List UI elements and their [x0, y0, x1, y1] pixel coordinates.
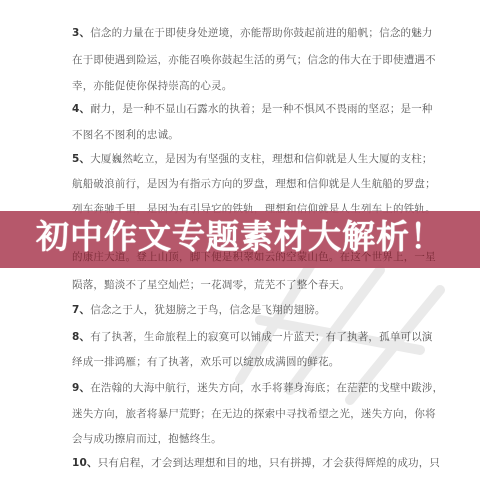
line-text: 在于即使遇到险运，亦能召唤你鼓起生活的勇气；信念的伟大在于即使遭遇不	[72, 54, 436, 66]
line-text: 幸，亦能促使你保持崇高的心灵。	[72, 80, 233, 92]
line-text: 耐力，是一种不显山石露水的执着；是一种不惧风不畏雨的坚忍；是一种	[90, 103, 432, 115]
line-text: 会与成功擦肩而过，抱憾终生。	[72, 433, 222, 445]
item-number: 9、	[72, 382, 90, 394]
paragraph-line: 8、有了执著，生命旅程上的寂寞可以铺成一片蓝天；有了执著，孤单可以演	[72, 329, 433, 344]
paragraph-line: 航船破浪前行，是因为有指示方向的罗盘，理想和信仰就是人生航船的罗盘；	[72, 176, 436, 191]
paragraph-line: 会与成功擦肩而过，抱憾终生。	[72, 431, 222, 446]
item-number: 7、	[72, 304, 90, 316]
line-text: 有了执著，生命旅程上的寂寞可以铺成一片蓝天；有了执著，孤单可以演	[90, 331, 432, 343]
line-text: 陨落，黯淡不了星空灿烂；一花凋零，荒芜不了整个春天。	[72, 279, 350, 291]
paragraph-line: 绎成一排鸿雁；有了执著，欢乐可以绽放成满圆的鲜花。	[72, 354, 340, 369]
line-text: 信念之于人，犹翅膀之于鸟，信念是飞翔的翅膀。	[90, 304, 325, 316]
banner-title: 初中作文专题素材大解析！	[36, 211, 444, 258]
line-text: 大厦巍然屹立，是因为有坚强的支柱，理想和信仰就是人生大厦的支柱；	[90, 153, 432, 165]
item-number: 5、	[72, 153, 90, 165]
paragraph-line: 4、耐力，是一种不显山石露水的执着；是一种不惧风不畏雨的坚忍；是一种	[72, 101, 433, 116]
line-text: 信念的力量在于即使身处逆境，亦能帮助你鼓起前进的船帆；信念的魅力	[90, 27, 432, 39]
line-text: 在浩翰的大海中航行，迷失方向，水手将葬身海底；在茫茫的戈壁中跋涉，	[90, 382, 443, 394]
line-text: 绎成一排鸿雁；有了执著，欢乐可以绽放成满圆的鲜花。	[72, 356, 340, 368]
paragraph-line: 不图名不图利的忠诚。	[72, 127, 179, 142]
item-number: 10、	[72, 457, 98, 469]
paragraph-line: 陨落，黯淡不了星空灿烂；一花凋零，荒芜不了整个春天。	[72, 277, 350, 292]
paragraph-line: 7、信念之于人，犹翅膀之于鸟，信念是飞翔的翅膀。	[72, 302, 326, 317]
item-number: 4、	[72, 103, 90, 115]
paragraph-line: 3、信念的力量在于即使身处逆境，亦能帮助你鼓起前进的船帆；信念的魅力	[72, 25, 433, 40]
paragraph-line: 10、只有启程，才会到达理想和目的地，只有拼搏，才会获得辉煌的成功，只	[72, 455, 440, 470]
item-number: 3、	[72, 27, 90, 39]
paragraph-line: 5、大厦巍然屹立，是因为有坚强的支柱，理想和信仰就是人生大厦的支柱；	[72, 151, 433, 166]
paragraph-line: 幸，亦能促使你保持崇高的心灵。	[72, 78, 233, 93]
title-banner: 的康庄大道。登上山顶，脚下便是积翠如云的空蒙山色。在这个世界上，一星 初中作文专…	[0, 211, 480, 268]
line-text: 航船破浪前行，是因为有指示方向的罗盘，理想和信仰就是人生航船的罗盘；	[72, 178, 436, 190]
line-text: 迷失方向，旅者将暴尸荒野；在无边的探索中寻找希望之光，迷失方向，你将	[72, 408, 436, 420]
paragraph-line: 迷失方向，旅者将暴尸荒野；在无边的探索中寻找希望之光，迷失方向，你将	[72, 406, 436, 421]
paragraph-line: 9、在浩翰的大海中航行，迷失方向，水手将葬身海底；在茫茫的戈壁中跋涉，	[72, 380, 443, 395]
line-text: 不图名不图利的忠诚。	[72, 129, 179, 141]
paragraph-line: 在于即使遇到险运，亦能召唤你鼓起生活的勇气；信念的伟大在于即使遭遇不	[72, 52, 436, 67]
line-text: 只有启程，才会到达理想和目的地，只有拼搏，才会获得辉煌的成功，只	[98, 457, 440, 469]
item-number: 8、	[72, 331, 90, 343]
